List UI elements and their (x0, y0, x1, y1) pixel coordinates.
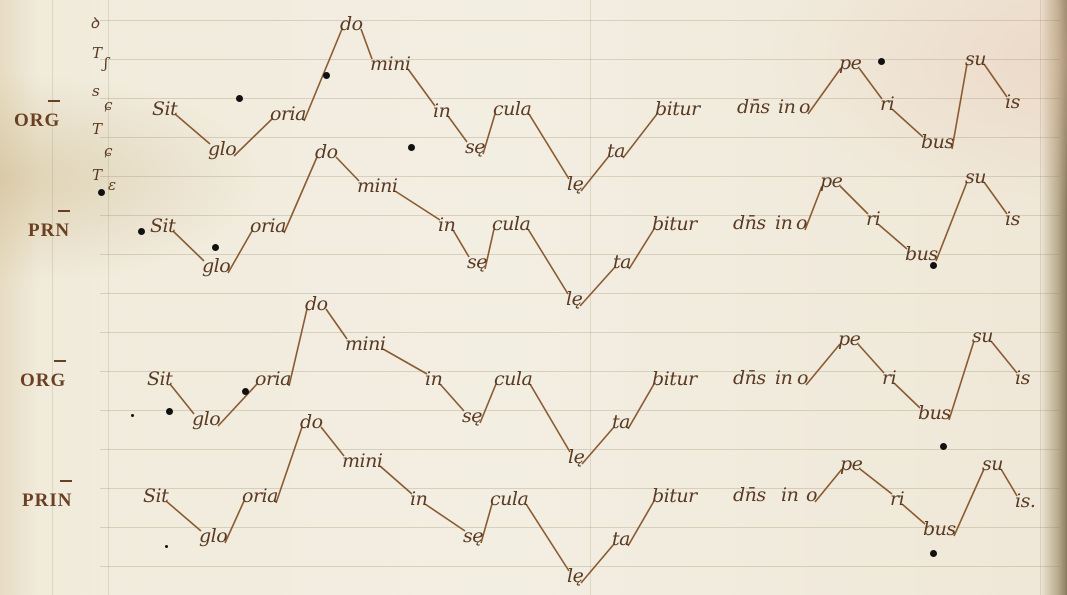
syllable: Sit (152, 100, 177, 119)
syllable: lę (568, 448, 584, 467)
contour-line (380, 466, 412, 494)
syllable: oria (242, 487, 278, 506)
contour-line (284, 157, 317, 233)
contour-line (949, 341, 974, 420)
syllable: su (972, 327, 993, 346)
ink-dot (236, 95, 243, 102)
dasian-sign: s (92, 84, 100, 99)
contour-line (228, 231, 252, 273)
ink-dot (212, 244, 219, 251)
voice-label-text: ORG (20, 370, 66, 391)
ink-dot (165, 545, 168, 548)
ink-dot (940, 443, 947, 450)
abbreviation-bar (60, 480, 72, 482)
syllable: in (775, 369, 792, 388)
contour-line (225, 501, 244, 543)
contour-line (528, 229, 568, 294)
contour-line (860, 469, 892, 494)
syllable: is. (1015, 492, 1035, 511)
contour-line (218, 384, 257, 426)
syllable: oria (270, 105, 306, 124)
syllable: ta (607, 142, 625, 161)
syllable: glo (208, 140, 236, 159)
syllable: pe (820, 172, 842, 191)
contour-line (383, 349, 427, 374)
syllable: oria (250, 217, 286, 236)
syllable: glo (192, 410, 220, 429)
syllable: cula (490, 490, 528, 509)
voice-label-text: ORG (14, 110, 60, 131)
syllable: pe (838, 330, 860, 349)
contour-line (954, 469, 984, 536)
contour-line (336, 157, 359, 181)
ink-dot (878, 58, 885, 65)
contour-line (858, 344, 884, 373)
syllable: bitur (652, 487, 697, 506)
syllable: glo (199, 527, 227, 546)
voice-label-text: PRN (28, 220, 70, 241)
syllable: bitur (655, 100, 700, 119)
contour-line (175, 114, 210, 144)
syllable: lę (566, 290, 582, 309)
ink-dot (138, 228, 145, 235)
syllable: o (799, 98, 810, 117)
voice-label: PRN (28, 220, 70, 242)
syllable: sę (462, 407, 482, 426)
syllable: mini (345, 335, 385, 354)
syllable: bus (918, 404, 951, 423)
syllable: sę (463, 527, 483, 546)
contour-line (808, 68, 841, 114)
syllable: Sit (150, 217, 175, 236)
syllable: dn̄s (733, 369, 766, 388)
contour-line (859, 68, 882, 99)
contour-line (276, 427, 302, 503)
syllable: do (300, 413, 323, 432)
contour-line (628, 501, 654, 546)
contour-line (440, 384, 464, 411)
contour-line (530, 384, 570, 452)
contour-line (984, 182, 1007, 214)
syllable: bus (921, 133, 954, 152)
syllable: mini (357, 177, 397, 196)
syllable: sę (465, 138, 485, 157)
syllable: in (775, 214, 792, 233)
dasian-sign: ɕ (104, 98, 112, 113)
contour-line (936, 182, 967, 261)
dasian-sign: ɕ (104, 144, 112, 159)
syllable: in (781, 486, 798, 505)
syllable: dn̄s (733, 214, 766, 233)
contour-line (623, 114, 657, 158)
contour-line (815, 469, 842, 502)
contour-line (580, 267, 615, 306)
voice-label: PRIN (22, 490, 72, 512)
contour-line (581, 544, 614, 583)
contour-line (952, 64, 967, 149)
syllable: in (410, 490, 427, 509)
contour-line (581, 156, 609, 191)
syllable: is (1005, 210, 1020, 229)
syllable: lę (567, 567, 583, 586)
syllable: cula (494, 370, 532, 389)
syllable: mini (370, 55, 410, 74)
syllable: ta (612, 530, 630, 549)
syllable: sę (467, 253, 487, 272)
syllable: su (965, 168, 986, 187)
contour-line (984, 64, 1007, 97)
syllable: do (305, 295, 328, 314)
syllable: cula (493, 100, 531, 119)
contour-line (902, 504, 925, 524)
contour-line (628, 384, 654, 429)
contour-line (529, 114, 569, 179)
syllable: in (433, 102, 450, 121)
syllable: bitur (652, 215, 697, 234)
syllable: su (965, 50, 986, 69)
syllable: o (797, 369, 808, 388)
syllable: Sit (147, 370, 172, 389)
dasian-sign: ʃ (104, 56, 108, 71)
dasian-sign: T (92, 168, 102, 183)
syllable: do (340, 15, 363, 34)
dasian-sign: T (92, 122, 102, 137)
ink-dot (930, 262, 937, 269)
syllable: ri (890, 490, 904, 509)
syllable: in (778, 98, 795, 117)
syllable: glo (202, 257, 230, 276)
contour-line (321, 427, 344, 456)
voice-label-text: PRIN (22, 490, 72, 511)
ink-dot (131, 414, 134, 417)
contour-line (289, 309, 307, 386)
syllable: pe (839, 54, 861, 73)
syllable: pe (840, 455, 862, 474)
syllable: ri (880, 95, 894, 114)
syllable: o (806, 486, 817, 505)
contour-line (805, 186, 822, 230)
contour-line (425, 504, 465, 531)
contour-line (840, 186, 868, 214)
syllable: ri (866, 210, 880, 229)
syllable: o (796, 214, 807, 233)
contour-line (629, 229, 654, 269)
syllable: dn̄s (737, 98, 770, 117)
ink-dot (166, 408, 173, 415)
contour-line (894, 383, 920, 408)
syllable: ri (882, 369, 896, 388)
contour-line (408, 69, 435, 106)
syllable: ta (613, 253, 631, 272)
syllable: is (1015, 369, 1030, 388)
ink-dot (323, 72, 330, 79)
voice-label: ORG (20, 370, 66, 392)
syllable: in (438, 216, 455, 235)
syllable: su (982, 455, 1003, 474)
syllable: cula (492, 215, 530, 234)
contour-line (582, 427, 614, 464)
syllable: do (315, 143, 338, 162)
contour-line (166, 501, 201, 531)
abbreviation-bar (58, 210, 70, 212)
syllable: mini (342, 452, 382, 471)
syllable: ta (612, 413, 630, 432)
manuscript-page: ꝺTʃsɕTɕTɛ ORGSitglooriadominiinsęculalęt… (0, 0, 1067, 595)
syllable: bus (923, 520, 956, 539)
ink-dot (930, 550, 937, 557)
abbreviation-bar (54, 360, 66, 362)
syllable: is (1005, 93, 1020, 112)
syllable: in (425, 370, 442, 389)
voice-label: ORG (14, 110, 60, 132)
syllable: oria (255, 370, 291, 389)
abbreviation-bar (48, 100, 60, 102)
contour-line (170, 384, 194, 414)
contour-line (806, 344, 840, 385)
contour-line (878, 224, 907, 249)
dasian-sign: ꝺ (90, 16, 99, 31)
ink-dot (98, 189, 105, 196)
dasian-sign: ɛ (108, 178, 116, 193)
syllable: Sit (143, 487, 168, 506)
contour-line (234, 119, 272, 156)
ink-dot (408, 144, 415, 151)
syllable: lę (567, 175, 583, 194)
dasian-sign: T (92, 46, 102, 61)
contour-line (326, 309, 347, 339)
contour-line (526, 504, 569, 571)
ink-dot (242, 388, 249, 395)
contour-line (991, 341, 1017, 373)
contour-line (892, 109, 923, 137)
syllable: dn̄s (733, 486, 766, 505)
contour-line (395, 191, 440, 220)
syllable: bitur (652, 370, 697, 389)
contour-line (173, 231, 204, 261)
